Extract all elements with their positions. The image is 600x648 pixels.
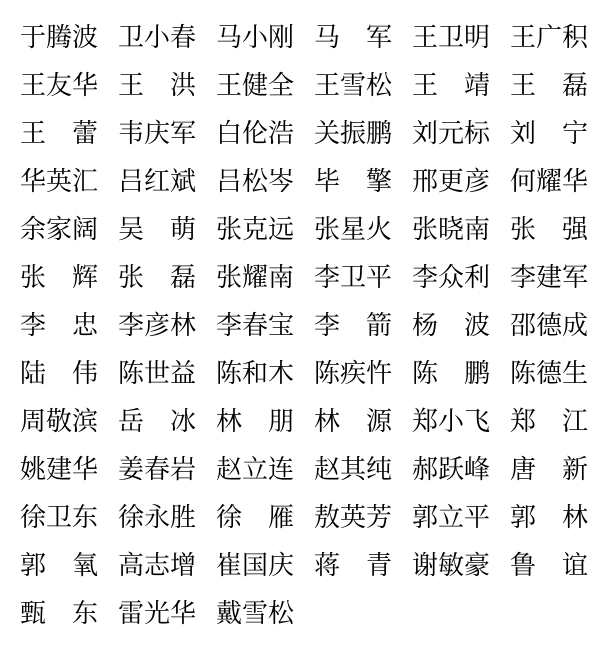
person-name: 韦庆军 — [118, 109, 196, 157]
person-name: 王健全 — [216, 61, 294, 109]
person-name: 岳 冰 — [118, 397, 196, 445]
person-name: 刘 宁 — [510, 109, 588, 157]
person-name: 邵德成 — [510, 301, 588, 349]
person-name: 吴 萌 — [118, 205, 196, 253]
person-name: 姜春岩 — [118, 445, 196, 493]
person-name: 蒋 青 — [314, 541, 392, 589]
person-name: 陈 鹏 — [412, 349, 490, 397]
person-name: 张星火 — [314, 205, 392, 253]
person-name: 赵立连 — [216, 445, 294, 493]
person-name: 李 箭 — [314, 301, 392, 349]
person-name: 敖英芳 — [314, 493, 392, 541]
person-name: 何耀华 — [510, 157, 588, 205]
person-name: 赵其纯 — [314, 445, 392, 493]
person-name: 郑小飞 — [412, 397, 490, 445]
person-name: 高志增 — [118, 541, 196, 589]
person-name: 白伦浩 — [216, 109, 294, 157]
person-name: 李卫平 — [314, 253, 392, 301]
person-name: 徐永胜 — [118, 493, 196, 541]
person-name: 郭 林 — [510, 493, 588, 541]
person-name: 姚建华 — [20, 445, 98, 493]
person-name: 唐 新 — [510, 445, 588, 493]
person-name: 戴雪松 — [216, 589, 294, 637]
person-name: 于腾波 — [20, 13, 98, 61]
person-name: 陈和木 — [216, 349, 294, 397]
person-name: 郝跃峰 — [412, 445, 490, 493]
person-name: 甄 东 — [20, 589, 98, 637]
person-name: 林 朋 — [216, 397, 294, 445]
person-name: 王友华 — [20, 61, 98, 109]
person-name: 王 蕾 — [20, 109, 98, 157]
person-name: 陈疾忤 — [314, 349, 392, 397]
person-name: 陈德生 — [510, 349, 588, 397]
person-name: 陆 伟 — [20, 349, 98, 397]
person-name: 王 洪 — [118, 61, 196, 109]
person-name: 李彦林 — [118, 301, 196, 349]
person-name: 陈世益 — [118, 349, 196, 397]
person-name: 马小刚 — [216, 13, 294, 61]
person-name: 关振鹏 — [314, 109, 392, 157]
person-name: 李 忠 — [20, 301, 98, 349]
person-name: 张耀南 — [216, 253, 294, 301]
person-name: 崔国庆 — [216, 541, 294, 589]
person-name: 李众利 — [412, 253, 490, 301]
person-name: 王雪松 — [314, 61, 392, 109]
person-name: 张晓南 — [412, 205, 490, 253]
person-name: 徐卫东 — [20, 493, 98, 541]
person-name: 王 磊 — [510, 61, 588, 109]
person-name: 吕红斌 — [118, 157, 196, 205]
name-list-page: 于腾波卫小春马小刚马 军王卫明王广积王友华王 洪王健全王雪松王 靖王 磊王 蕾韦… — [0, 0, 600, 648]
person-name: 谢敏豪 — [412, 541, 490, 589]
person-name: 郭立平 — [412, 493, 490, 541]
person-name: 王卫明 — [412, 13, 490, 61]
person-name: 郭 氧 — [20, 541, 98, 589]
person-name: 李建军 — [510, 253, 588, 301]
person-name: 李春宝 — [216, 301, 294, 349]
person-name: 张克远 — [216, 205, 294, 253]
person-name: 张 辉 — [20, 253, 98, 301]
person-name: 王广积 — [510, 13, 588, 61]
person-name: 卫小春 — [118, 13, 196, 61]
person-name: 林 源 — [314, 397, 392, 445]
person-name: 余家阔 — [20, 205, 98, 253]
person-name: 王 靖 — [412, 61, 490, 109]
person-name: 鲁 谊 — [510, 541, 588, 589]
person-name: 马 军 — [314, 13, 392, 61]
person-name: 张 磊 — [118, 253, 196, 301]
person-name: 刘元标 — [412, 109, 490, 157]
person-name: 郑 江 — [510, 397, 588, 445]
name-grid: 于腾波卫小春马小刚马 军王卫明王广积王友华王 洪王健全王雪松王 靖王 磊王 蕾韦… — [0, 0, 600, 637]
person-name: 雷光华 — [118, 589, 196, 637]
person-name: 杨 波 — [412, 301, 490, 349]
person-name: 吕松岑 — [216, 157, 294, 205]
person-name: 徐 雁 — [216, 493, 294, 541]
person-name: 华英汇 — [20, 157, 98, 205]
person-name: 邢更彦 — [412, 157, 490, 205]
person-name: 毕 擎 — [314, 157, 392, 205]
person-name: 张 强 — [510, 205, 588, 253]
person-name: 周敬滨 — [20, 397, 98, 445]
